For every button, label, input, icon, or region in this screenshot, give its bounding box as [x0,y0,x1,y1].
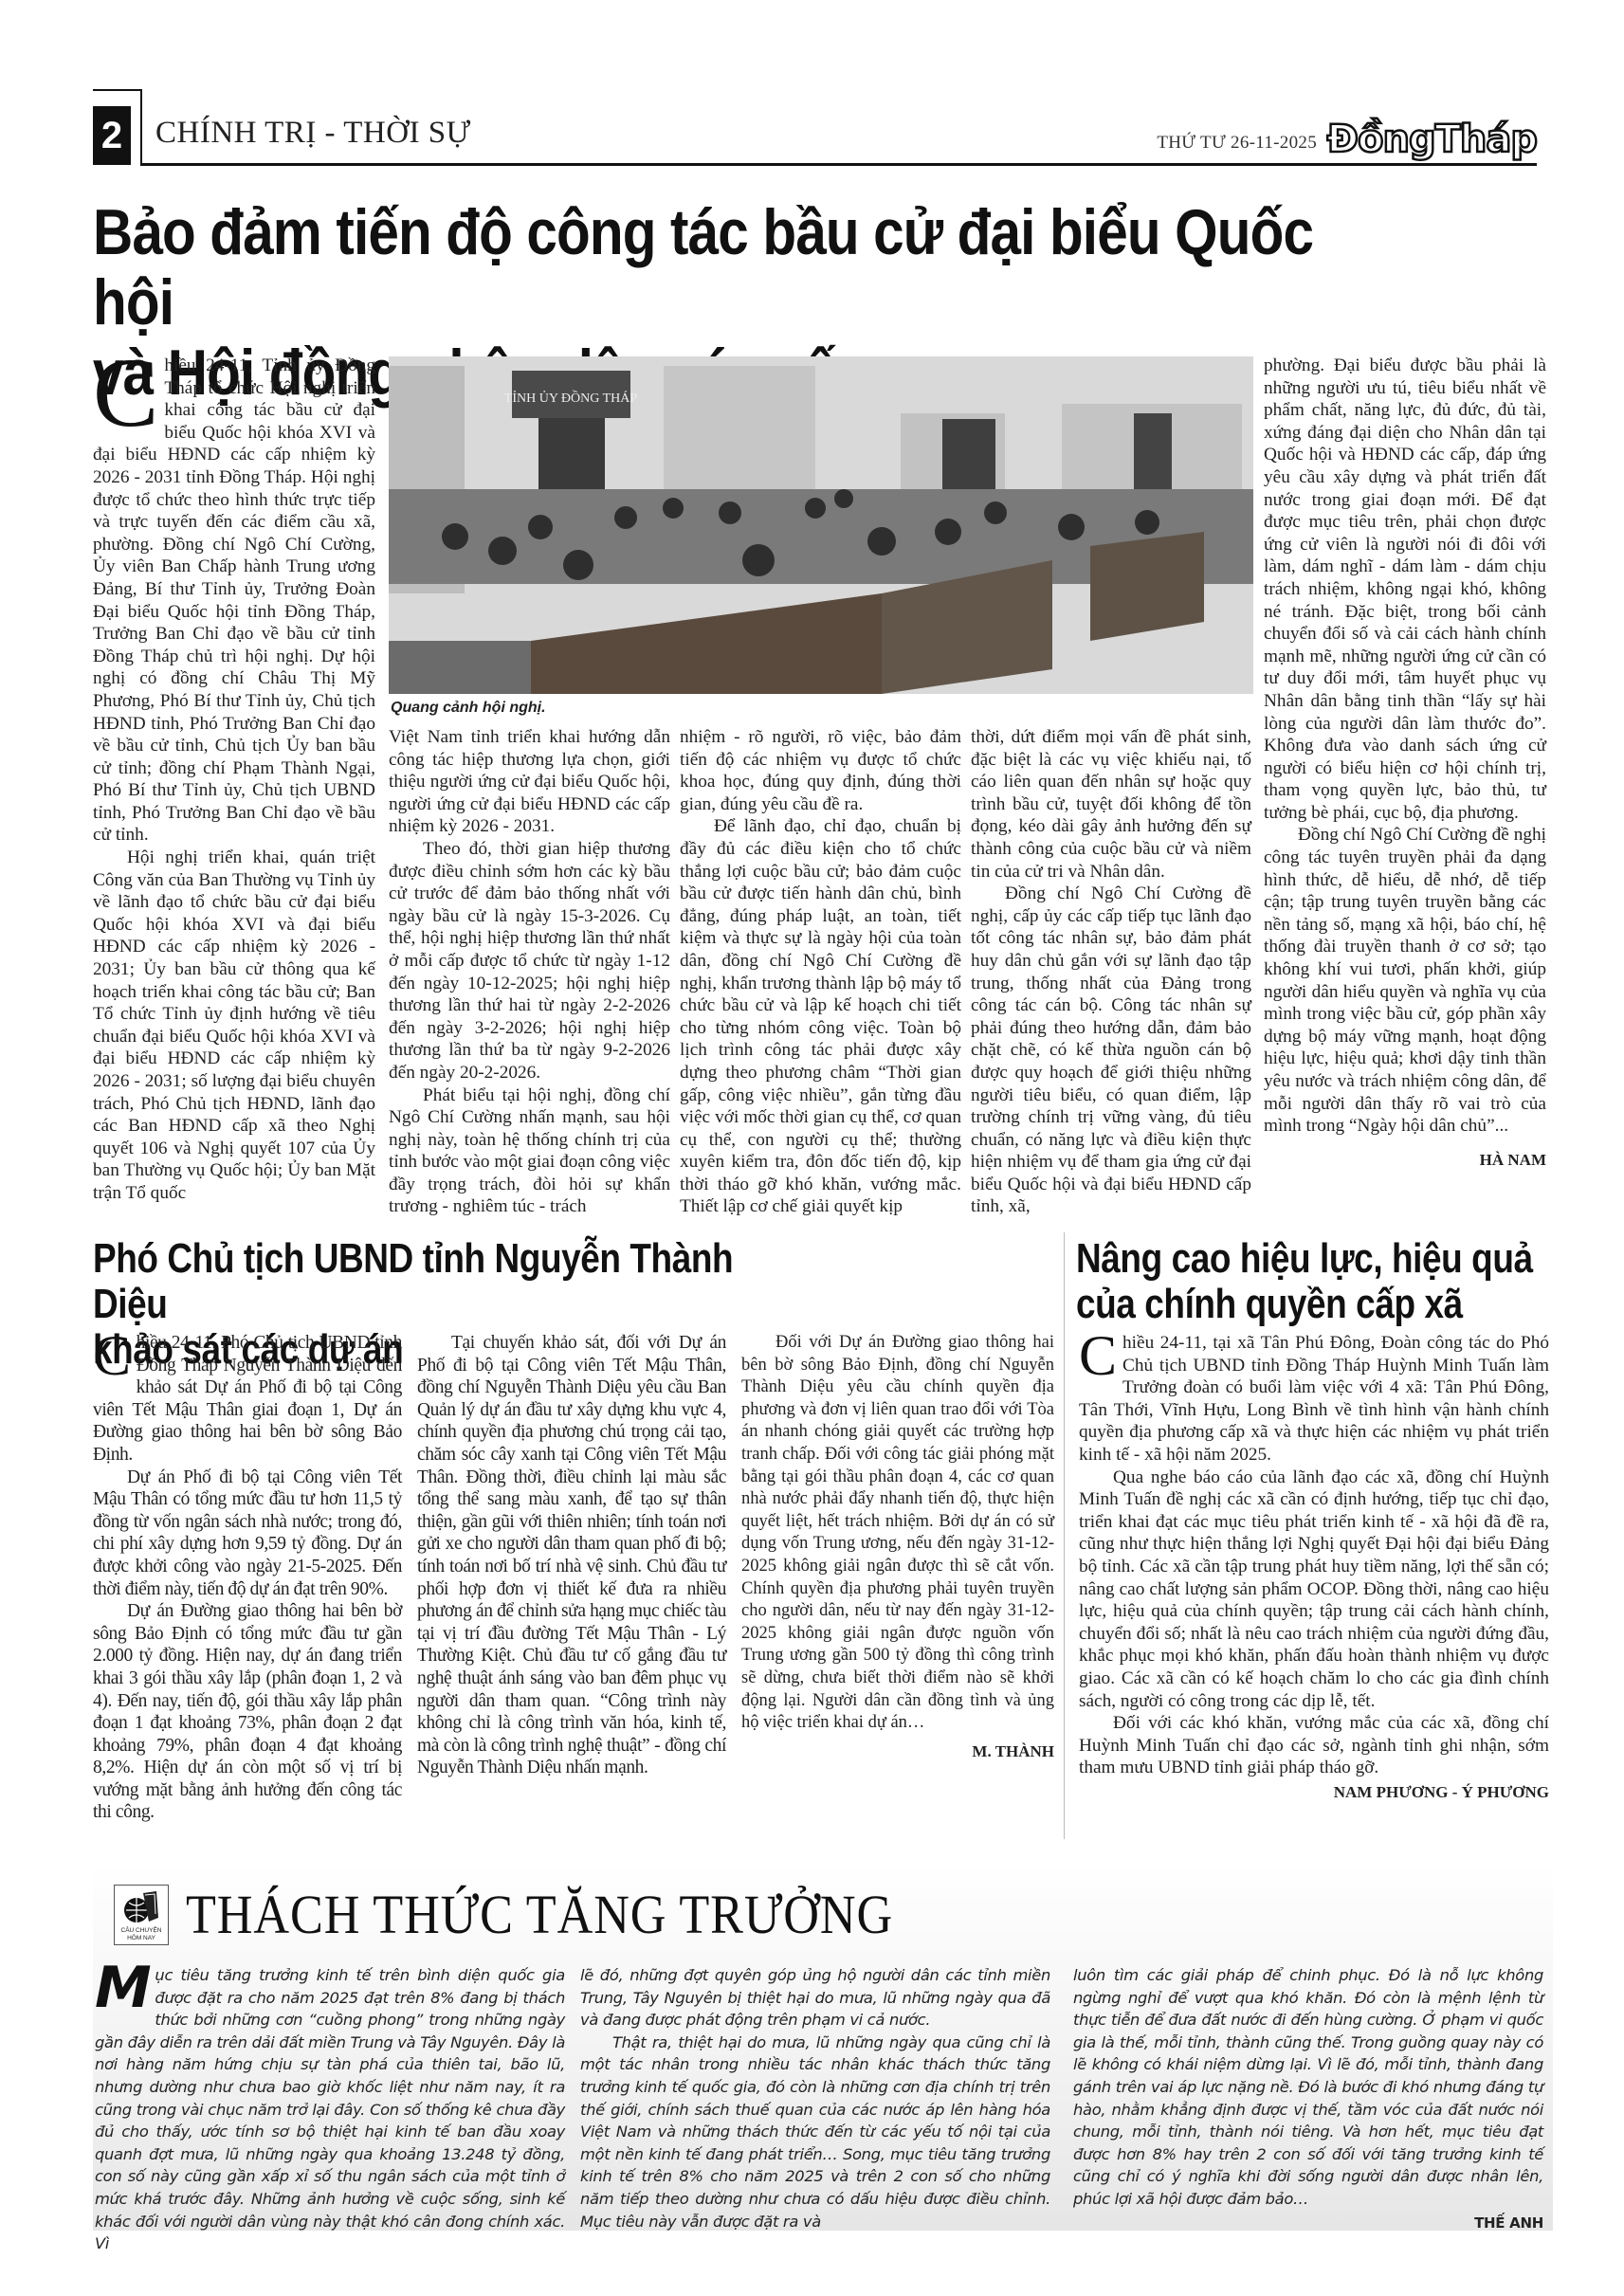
article2-paragraph: Chiều 24-11, Phó Chủ tịch UBND tỉnh Đồng… [93,1332,402,1467]
dropcap: M [95,1966,151,2010]
page-number: 2 [93,106,131,165]
commentary-paragraph: Thật ra, thiệt hại do mưa, lũ những ngày… [580,2032,1050,2232]
article1-column-4: thời, dứt điểm mọi vấn đề phát sinh, đặc… [971,726,1251,1218]
globe-pen-icon [122,1889,160,1929]
article2-column-1: Chiều 24-11, Phó Chủ tịch UBND tỉnh Đồng… [93,1332,402,1824]
dropcap: C [93,356,158,430]
commentary-byline: THẾ ANH [1073,2213,1543,2235]
article3-body: Chiều 24-11, tại xã Tân Phú Đông, Đoàn c… [1079,1332,1549,1803]
photo-caption: Quang cảnh hội nghị. [391,700,546,717]
article3-headline-line2: của chính quyền cấp xã [1076,1282,1570,1327]
article1-headline-line1: Bảo đảm tiến độ công tác bầu cử đại biểu… [93,197,1348,337]
article1-paragraph: Để lãnh đạo, chỉ đạo, chuẩn bị đầy đủ cá… [680,815,961,1218]
article3-paragraph: Qua nghe báo cáo của lãnh đạo các xã, đồ… [1079,1467,1549,1713]
newspaper-logo: ĐồngTháp [1327,118,1538,161]
column-logo-text: CÂU CHUYỆN HÔM NAY [115,1927,168,1942]
commentary-column-3: luôn tìm các giải pháp để chinh phục. Đó… [1073,1964,1543,2234]
article1-paragraph: Hội nghị triển khai, quán triệt Công văn… [93,847,375,1205]
article3-paragraph: Chiều 24-11, tại xã Tân Phú Đông, Đoàn c… [1079,1332,1549,1467]
conference-photo: TỈNH ỦY ĐỒNG THÁP [389,356,1253,694]
article1-paragraph: Theo đó, thời gian hiệp thương được điều… [389,838,670,1084]
article2-paragraph: Tại chuyến khảo sát, đối với Dự án Phố đ… [417,1332,726,1779]
commentary-paragraph: Mục tiêu tăng trưởng kinh tế trên bình d… [95,1964,565,2255]
article1-column-2: Việt Nam tỉnh triển khai hướng dẫn công … [389,726,670,1218]
article1-paragraph: Việt Nam tỉnh triển khai hướng dẫn công … [389,726,670,838]
article1-paragraph: nhiệm - rõ người, rõ việc, bảo đảm tiến … [680,726,961,815]
issue-date: THỨ TƯ 26-11-2025 [1157,133,1317,154]
article2-paragraph: Đối với Dự án Đường giao thông hai bên b… [741,1332,1054,1735]
header-rule-top [93,89,142,91]
article2-paragraph: Dự án Phố đi bộ tại Công viên Tết Mậu Th… [93,1467,402,1601]
article1-paragraph: thời, dứt điểm mọi vấn đề phát sinh, đặc… [971,726,1251,883]
header-rule-vertical [140,89,142,165]
article1-paragraph: Chiều 24-11, Tỉnh ủy Đồng Tháp tổ chức H… [93,355,375,847]
article1-byline: HÀ NAM [1264,1149,1546,1172]
article2-paragraph: Dự án Đường giao thông hai bên bờ sông B… [93,1600,402,1824]
column-divider [1064,1232,1065,1839]
conference-hall-image: TỈNH ỦY ĐỒNG THÁP [389,356,1253,694]
section-title: CHÍNH TRỊ - THỜI SỰ [155,116,471,151]
article2-headline-line1: Phó Chủ tịch UBND tỉnh Nguyễn Thành Diệu [93,1236,810,1327]
article3-headline: Nâng cao hiệu lực, hiệu quả của chính qu… [1076,1236,1570,1327]
article2-column-2: Tại chuyến khảo sát, đối với Dự án Phố đ… [417,1332,726,1779]
commentary-paragraph: lẽ đó, những đợt quyên góp ủng hộ người … [580,1964,1050,2032]
article1-column-1: Chiều 24-11, Tỉnh ủy Đồng Tháp tổ chức H… [93,355,375,1205]
article2-byline: M. THÀNH [741,1740,1054,1763]
dropcap: C [93,1334,131,1377]
page-header: 2 CHÍNH TRỊ - THỜI SỰ THỨ TƯ 26-11-2025 … [93,89,1537,165]
commentary-title: THÁCH THỨC TĂNG TRƯỞNG [186,1882,893,1948]
article1-paragraph: phường. Đại biểu được bầu phải là những … [1264,355,1546,824]
header-rule [140,163,1537,166]
article2-column-3: Đối với Dự án Đường giao thông hai bên b… [741,1332,1054,1762]
commentary-column-1: Mục tiêu tăng trưởng kinh tế trên bình d… [95,1964,565,2255]
article1-column-5: phường. Đại biểu được bầu phải là những … [1264,355,1546,1171]
commentary-paragraph: luôn tìm các giải pháp để chinh phục. Đó… [1073,1964,1543,2211]
article1-paragraph: Phát biểu tại hội nghị, đồng chí Ngô Chí… [389,1084,670,1219]
photo-sign-text: TỈNH ỦY ĐỒNG THÁP [504,389,638,406]
article3-byline: NAM PHƯƠNG - Ý PHƯƠNG [1079,1781,1549,1804]
article1-column-3: nhiệm - rõ người, rõ việc, bảo đảm tiến … [680,726,961,1218]
commentary-column-2: lẽ đó, những đợt quyên góp ủng hộ người … [580,1964,1050,2232]
article1-paragraph: Đồng chí Ngô Chí Cường đề nghị công tác … [1264,824,1546,1137]
dropcap: C [1079,1334,1117,1377]
article3-paragraph: Đối với các khó khăn, vướng mắc của các … [1079,1712,1549,1779]
column-logo: CÂU CHUYỆN HÔM NAY [114,1885,169,1945]
commentary-box: CÂU CHUYỆN HÔM NAY THÁCH THỨC TĂNG TRƯỞN… [93,1863,1553,2231]
article1-paragraph: Đồng chí Ngô Chí Cường đề nghị, cấp ủy c… [971,883,1251,1218]
article3-headline-line1: Nâng cao hiệu lực, hiệu quả [1076,1236,1570,1282]
